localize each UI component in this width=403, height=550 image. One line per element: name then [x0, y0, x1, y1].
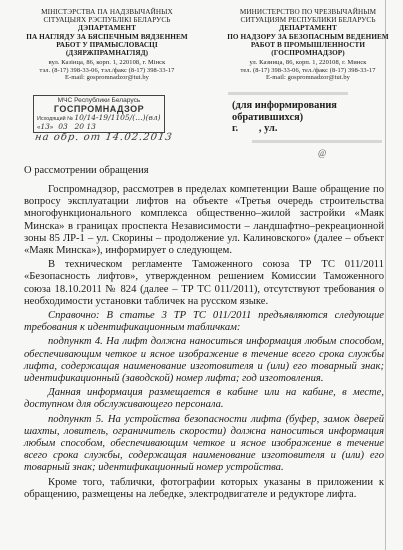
letterhead-belarusian: МІНІСТЭРСТВА ПА НАДЗВЫЧАЙНЫХ СІТУАЦЫЯХ Р… [22, 8, 192, 82]
stamp-date: «13» 03 20 13 [37, 123, 164, 132]
paragraph-regulation: В техническом регламенте Таможенного сою… [24, 259, 384, 308]
redaction-smudge [252, 140, 382, 143]
department-title-ru: ДЕПАРТАМЕНТ [222, 24, 394, 32]
paragraph-conclusion: Кроме того, таблички, фотографии которых… [24, 477, 384, 501]
paragraph-placement: Данная информация размещается в кабине и… [24, 387, 384, 411]
stamp-year: 20 13 [74, 122, 95, 131]
recipient-line-2: обратившихся) [232, 112, 337, 124]
stamp-outgoing-number: Исходящий № 10/14-19/1105/(…)(вл) [37, 114, 164, 123]
address-ru: ул. Казинца, 86, корп. 1, 220108, г. Мин… [222, 59, 394, 67]
letter-body: Госпромнадзор, рассмотрев в пределах ком… [24, 184, 384, 503]
outgoing-registration-stamp: МЧС Республики Беларусь ГОСПРОМНАДЗОР Ис… [33, 95, 165, 133]
department-name-ru: ПО НАДЗОРУ ЗА БЕЗОПАСНЫМ ВЕДЕНИЕМ РАБОТ … [222, 33, 394, 58]
letter-subject: О рассмотрении обращения [24, 165, 149, 176]
recipient-line-3: г. , ул. [232, 123, 337, 135]
scanned-letter-page: МІНІСТЭРСТВА ПА НАДЗВЫЧАЙНЫХ СІТУАЦЫЯХ Р… [0, 0, 403, 550]
stamp-day: 13 [40, 122, 50, 131]
redaction-smudge [228, 92, 348, 95]
department-title-by: ДЭПАРТАМЕНТ [22, 24, 192, 32]
stamp-outgoing-value: 10/14-19/1105/(…)(вл) [74, 113, 160, 122]
address-by: вул. Казінца, 86, корп. 1, 220108, г. Мі… [22, 59, 192, 67]
paragraph-subclause-4: подпункт 4. На лифт должна наноситься ин… [24, 336, 384, 385]
email-by: E-mail: gospromnadzor@tut.by [22, 74, 192, 82]
redacted-email-at-sign: @ [318, 148, 326, 158]
letterhead-russian: МИНИСТЕРСТВО ПО ЧРЕЗВЫЧАЙНЫМ СИТУАЦИЯМ Р… [222, 8, 394, 82]
ministry-name-by: МІНІСТЭРСТВА ПА НАДЗВЫЧАЙНЫХ СІТУАЦЫЯХ Р… [22, 8, 192, 24]
phone-ru: тел. (8-17) 398-33-06, тел./факс (8-17) … [222, 67, 394, 75]
stamp-month: 03 [58, 122, 68, 131]
paragraph-subclause-5: подпункт 5. На устройства безопасности л… [24, 414, 384, 475]
recipient-block: (для информирования обратившихся) г. , у… [232, 100, 337, 135]
email-ru: E-mail: gospromnadzor@tut.by [222, 74, 394, 82]
department-name-by: ПА НАГЛЯДУ ЗА БЯСПЕЧНЫМ ВЯДЗЕННЕМ РАБОТ … [22, 33, 192, 58]
handwritten-reference-note: на обр. от 14.02.2013 [34, 132, 173, 143]
paragraph-intro: Госпромнадзор, рассмотрев в пределах ком… [24, 184, 384, 257]
paragraph-reference: Справочно: В статье 3 ТР ТС 011/2011 пре… [24, 310, 384, 334]
phone-by: тэл. (8-17) 398-33-06, тэл./факс (8-17) … [22, 67, 192, 75]
ministry-name-ru: МИНИСТЕРСТВО ПО ЧРЕЗВЫЧАЙНЫМ СИТУАЦИЯМ Р… [222, 8, 394, 24]
scan-fold-line [385, 0, 386, 550]
stamp-ministry: МЧС Республики Беларусь [34, 97, 164, 104]
recipient-line-1: (для информирования [232, 100, 337, 112]
